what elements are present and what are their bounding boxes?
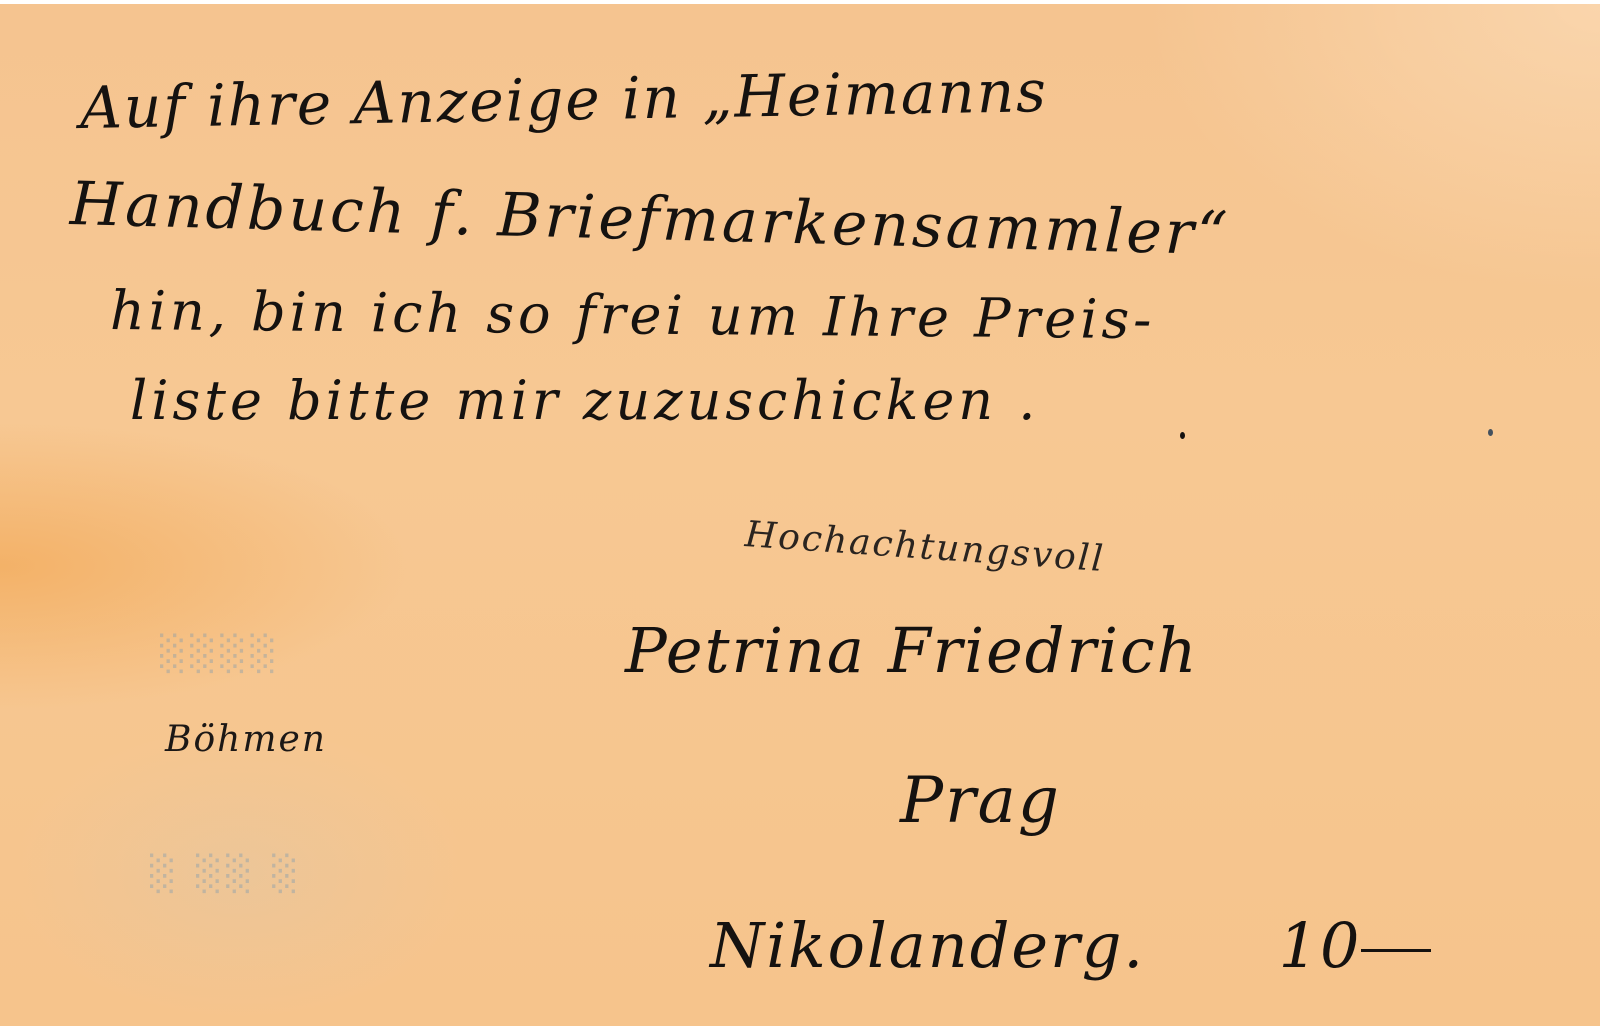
margin-note-region: Böhmen: [165, 719, 327, 760]
faded-stamp-upper: ░░░░: [160, 634, 281, 674]
body-line-4: liste bitte mir zuzuschicken .: [130, 369, 1039, 432]
closing-salutation: Hochachtungsvoll: [744, 514, 1107, 580]
address-street-line: Nikolanderg. 10: [710, 909, 1431, 982]
body-line-3: hin, bin ich so frei um Ihre Preis-: [110, 279, 1156, 351]
ink-speck: [1488, 429, 1493, 436]
body-line-2: Handbuch f. Briefmarkensammler“: [69, 169, 1231, 269]
address-city: Prag: [900, 764, 1061, 838]
body-line-1: Auf ihre Anzeige in „Heimanns: [79, 57, 1048, 142]
ink-speck: [1180, 432, 1185, 439]
signature: Petrina Friedrich: [625, 614, 1199, 687]
address-street: Nikolanderg.: [710, 909, 1145, 982]
address-number: 10: [1279, 909, 1362, 982]
faded-stamp-lower: ░ ░░ ░: [150, 854, 302, 894]
postcard: Auf ihre Anzeige in „Heimanns Handbuch f…: [0, 0, 1600, 1026]
